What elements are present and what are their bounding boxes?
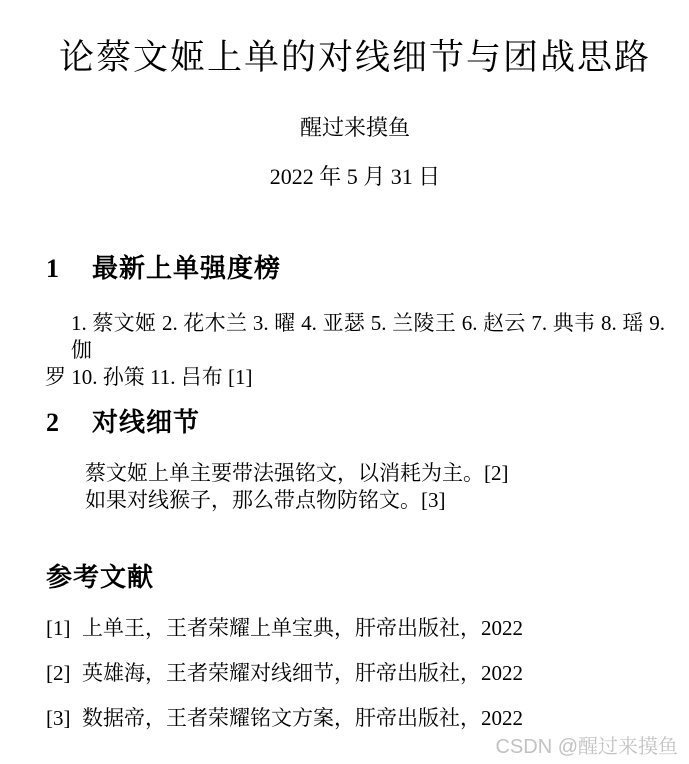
reference-text: 英雄海，王者荣耀对线细节，肝帝出版社，2022 — [82, 661, 665, 685]
section-1-title: 最新上单强度榜 — [92, 252, 281, 284]
paragraph-line: 罗 10. 孙策 11. 吕布 [1] — [45, 364, 665, 391]
section-2-number: 2 — [46, 407, 59, 439]
document-date: 2022 年 5 月 31 日 — [45, 163, 665, 191]
reference-text: 上单王，王者荣耀上单宝典，肝帝出版社，2022 — [82, 616, 665, 640]
paragraph-line: 如果对线猴子，那么带点物防铭文。[3] — [45, 487, 665, 514]
csdn-watermark: CSDN @醒过来摸鱼 — [495, 736, 678, 758]
references-heading: 参考文献 — [46, 561, 665, 593]
paragraph-line: 蔡文姬上单主要带法强铭文，以消耗为主。[2] — [45, 460, 665, 487]
document-page: 论蔡文姬上单的对线细节与团战思路 醒过来摸鱼 2022 年 5 月 31 日 1… — [0, 0, 689, 764]
section-2-paragraph: 蔡文姬上单主要带法强铭文，以消耗为主。[2] 如果对线猴子，那么带点物防铭文。[… — [45, 460, 665, 514]
document-author: 醒过来摸鱼 — [45, 114, 665, 142]
reference-entry: [1] 上单王，王者荣耀上单宝典，肝帝出版社，2022 — [46, 616, 665, 640]
references-title: 参考文献 — [46, 561, 154, 593]
reference-label: [3] — [46, 706, 82, 730]
reference-text: 数据帝，王者荣耀铭文方案，肝帝出版社，2022 — [82, 706, 665, 730]
reference-label: [1] — [46, 616, 82, 640]
reference-entry: [2] 英雄海，王者荣耀对线细节，肝帝出版社，2022 — [46, 661, 665, 685]
section-2-title: 对线细节 — [92, 406, 200, 438]
paragraph-line: 1. 蔡文姬 2. 花木兰 3. 曜 4. 亚瑟 5. 兰陵王 6. 赵云 7.… — [45, 310, 665, 364]
section-1-heading: 1 最新上单强度榜 — [46, 252, 665, 285]
page-title: 论蔡文姬上单的对线细节与团战思路 — [45, 38, 665, 78]
section-1-number: 1 — [46, 253, 59, 285]
reference-label: [2] — [46, 661, 82, 685]
section-1-paragraph: 1. 蔡文姬 2. 花木兰 3. 曜 4. 亚瑟 5. 兰陵王 6. 赵云 7.… — [45, 310, 665, 391]
section-2-heading: 2 对线细节 — [46, 406, 665, 439]
reference-entry: [3] 数据帝，王者荣耀铭文方案，肝帝出版社，2022 — [46, 706, 665, 730]
